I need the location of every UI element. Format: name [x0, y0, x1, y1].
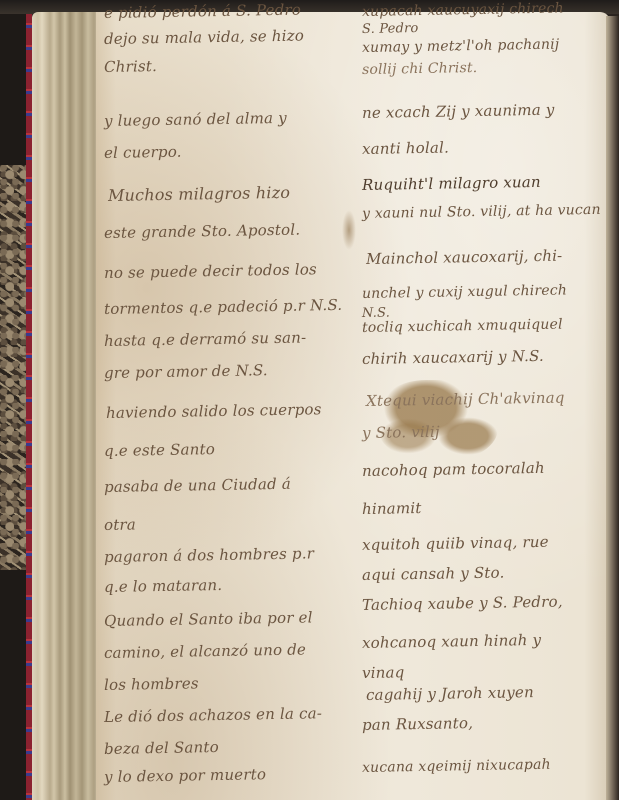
- marbled-endpaper: [0, 165, 26, 570]
- left-line: los hombres: [104, 674, 199, 694]
- right-line: y Sto. vilij: [362, 423, 440, 442]
- left-line: y luego sanó del alma y: [104, 109, 287, 130]
- right-line: cagahij y Jaroh xuyen: [366, 683, 534, 704]
- left-line: el cuerpo.: [104, 143, 182, 162]
- left-line: este grande Sto. Apostol.: [104, 221, 301, 242]
- right-line: xquitoh quiib vinaq, rue: [362, 533, 549, 554]
- left-line: q.e este Santo: [104, 440, 215, 460]
- left-line: camino, el alcanzó uno de: [104, 640, 306, 662]
- left-line: Le dió dos achazos en la ca-: [104, 704, 322, 726]
- left-line: beza del Santo: [104, 738, 219, 758]
- left-line: Quando el Santo iba por el: [104, 608, 313, 630]
- left-line: gre por amor de N.S.: [104, 361, 268, 382]
- left-line: Muchos milagros hizo: [108, 183, 290, 205]
- right-line: vinaq: [362, 663, 405, 682]
- left-line: y lo dexo por muerto: [104, 765, 266, 786]
- left-line: no se puede decir todos los: [104, 260, 317, 282]
- ink-stain: [342, 210, 356, 250]
- left-line: hasta q.e derramó su san-: [104, 328, 307, 350]
- left-line: q.e lo mataran.: [104, 576, 223, 596]
- left-line: e pidió perdón á S. Pedro: [104, 1, 301, 22]
- left-line: pasaba de una Ciudad á: [104, 475, 291, 496]
- right-line: Mainchol xaucoxarij, chi-: [366, 247, 563, 268]
- right-line: sollij chi Christ.: [362, 60, 478, 78]
- right-line: Ruquiht'l milagro xuan: [362, 173, 541, 194]
- right-line: xohcanoq xaun hinah y: [362, 631, 542, 652]
- right-line: Xtequi viachij Ch'akvinaq: [366, 389, 565, 410]
- left-line: pagaron á dos hombres p.r: [104, 544, 314, 566]
- right-line: ne xcach Zij y xaunima y: [362, 101, 555, 122]
- left-line: dejo su mala vida, se hizo: [104, 27, 304, 48]
- page-edges-stack: [32, 12, 104, 800]
- left-line: haviendo salido los cuerpos: [106, 400, 322, 422]
- right-line: aqui cansah y Sto.: [362, 564, 505, 584]
- right-line: xucana xqeimij nixucapah: [362, 757, 551, 776]
- right-line: S. Pedro: [362, 21, 419, 37]
- right-line: chirih xaucaxarij y N.S.: [362, 347, 544, 368]
- page-right-edge: [606, 16, 619, 800]
- right-line: pan Ruxsanto,: [362, 714, 473, 734]
- right-line: hinamit: [362, 499, 422, 518]
- right-line: nacohoq pam tocoralah: [362, 459, 545, 480]
- left-line: Christ.: [104, 57, 157, 76]
- right-line: xanti holal.: [362, 138, 449, 158]
- left-line: otra: [104, 515, 136, 534]
- right-line: Tachioq xaube y S. Pedro,: [362, 592, 563, 614]
